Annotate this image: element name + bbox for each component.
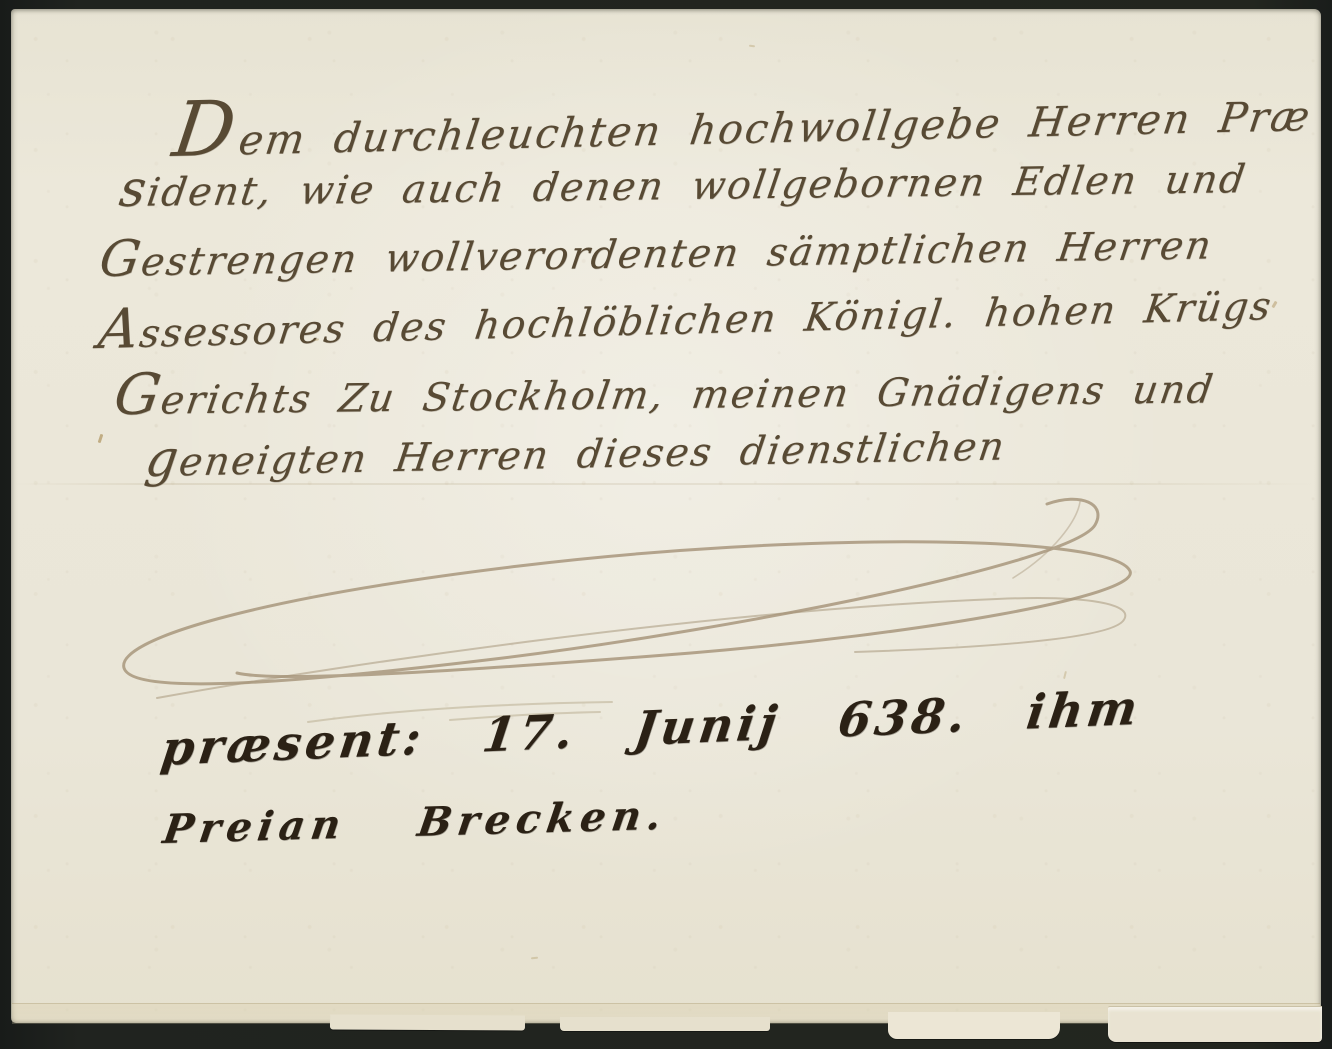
address-line-5: Gerichts Zu Stockholm, meinen Gnädigens … — [110, 351, 1220, 428]
paper-fiber-fleck — [749, 45, 755, 48]
bottom-folded-flap — [1108, 1006, 1322, 1042]
photo-backdrop: Dem durchleuchten hochwollgebe Herren Pr… — [0, 0, 1332, 1049]
paper-fiber-fleck — [531, 957, 538, 960]
paper-fiber-fleck — [98, 434, 104, 443]
ink-flourish — [95, 492, 1175, 712]
bottom-paper-flap — [560, 1017, 770, 1031]
bottom-paper-tab — [888, 1012, 1060, 1039]
bottom-paper-flap — [330, 1014, 525, 1030]
